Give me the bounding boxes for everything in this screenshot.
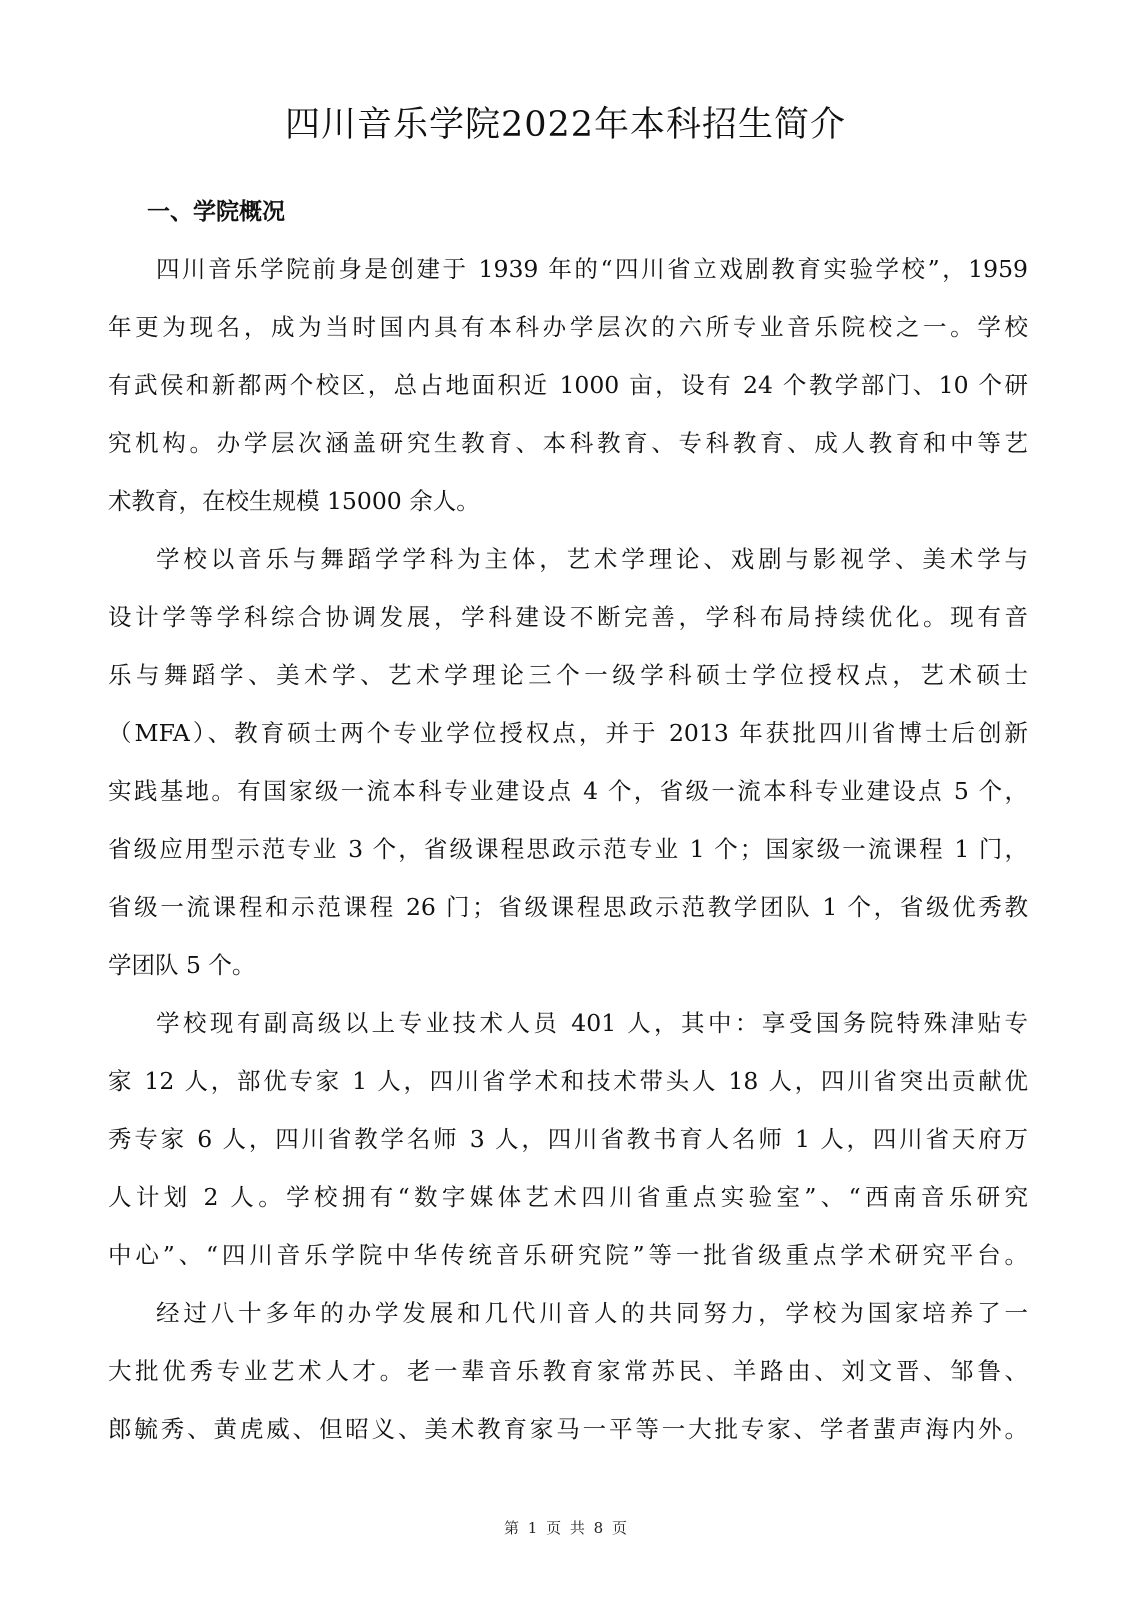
- paragraph-line: 省级一流课程和示范课程 26 门；省级课程思政示范教学团队 1 个，省级优秀教: [108, 890, 1028, 924]
- paragraph-line: 有武侯和新都两个校区，总占地面积近 1000 亩，设有 24 个教学部门、10 …: [108, 368, 1028, 402]
- paragraph-line: 家 12 人，部优专家 1 人，四川省学术和技术带头人 18 人，四川省突出贡献…: [108, 1064, 1028, 1098]
- paragraph-line: 中心”、“四川音乐学院中华传统音乐研究院”等一批省级重点学术研究平台。: [108, 1238, 1028, 1272]
- paragraph-line: 学校现有副高级以上专业技术人员 401 人，其中：享受国务院特殊津贴专: [156, 1006, 1028, 1040]
- paragraph-line: 学团队 5 个。: [108, 948, 1028, 982]
- paragraph-line: 省级应用型示范专业 3 个，省级课程思政示范专业 1 个；国家级一流课程 1 门…: [108, 832, 1028, 866]
- paragraph-line: （MFA）、教育硕士两个专业学位授权点，并于 2013 年获批四川省博士后创新: [108, 716, 1028, 750]
- paragraph-line: 究机构。办学层次涵盖研究生教育、本科教育、专科教育、成人教育和中等艺: [108, 426, 1028, 460]
- paragraph-line: 经过八十多年的办学发展和几代川音人的共同努力，学校为国家培养了一: [156, 1296, 1028, 1330]
- paragraph-line: 设计学等学科综合协调发展，学科建设不断完善，学科布局持续优化。现有音: [108, 600, 1028, 634]
- paragraph-line: 四川音乐学院前身是创建于 1939 年的“四川省立戏剧教育实验学校”，1959: [156, 252, 1028, 286]
- paragraph-line: 大批优秀专业艺术人才。老一辈音乐教育家常苏民、羊路由、刘文晋、邹鲁、: [108, 1354, 1028, 1388]
- paragraph-line: 术教育，在校生规模 15000 余人。: [108, 484, 1028, 518]
- paragraph-line: 乐与舞蹈学、美术学、艺术学理论三个一级学科硕士学位授权点，艺术硕士: [108, 658, 1028, 692]
- paragraph-line: 秀专家 6 人，四川省教学名师 3 人，四川省教书育人名师 1 人，四川省天府万: [108, 1122, 1028, 1156]
- paragraph-line: 郎毓秀、黄虎威、但昭义、美术教育家马一平等一大批专家、学者蜚声海内外。: [108, 1412, 1028, 1446]
- paragraph-line: 人计划 2 人。学校拥有“数字媒体艺术四川省重点实验室”、“西南音乐研究: [108, 1180, 1028, 1214]
- paragraph-line: 学校以音乐与舞蹈学学科为主体，艺术学理论、戏剧与影视学、美术学与: [156, 542, 1028, 576]
- document-page: 四川音乐学院2022年本科招生简介 一、学院概况 四川音乐学院前身是创建于 19…: [0, 0, 1131, 1600]
- section-heading: 一、学院概况: [147, 195, 285, 229]
- paragraph-line: 年更为现名，成为当时国内具有本科办学层次的六所专业音乐院校之一。学校: [108, 310, 1028, 344]
- page-number-footer: 第 1 页 共 8 页: [0, 1516, 1131, 1540]
- paragraph-line: 实践基地。有国家级一流本科专业建设点 4 个，省级一流本科专业建设点 5 个，: [108, 774, 1028, 808]
- document-title: 四川音乐学院2022年本科招生简介: [0, 100, 1131, 150]
